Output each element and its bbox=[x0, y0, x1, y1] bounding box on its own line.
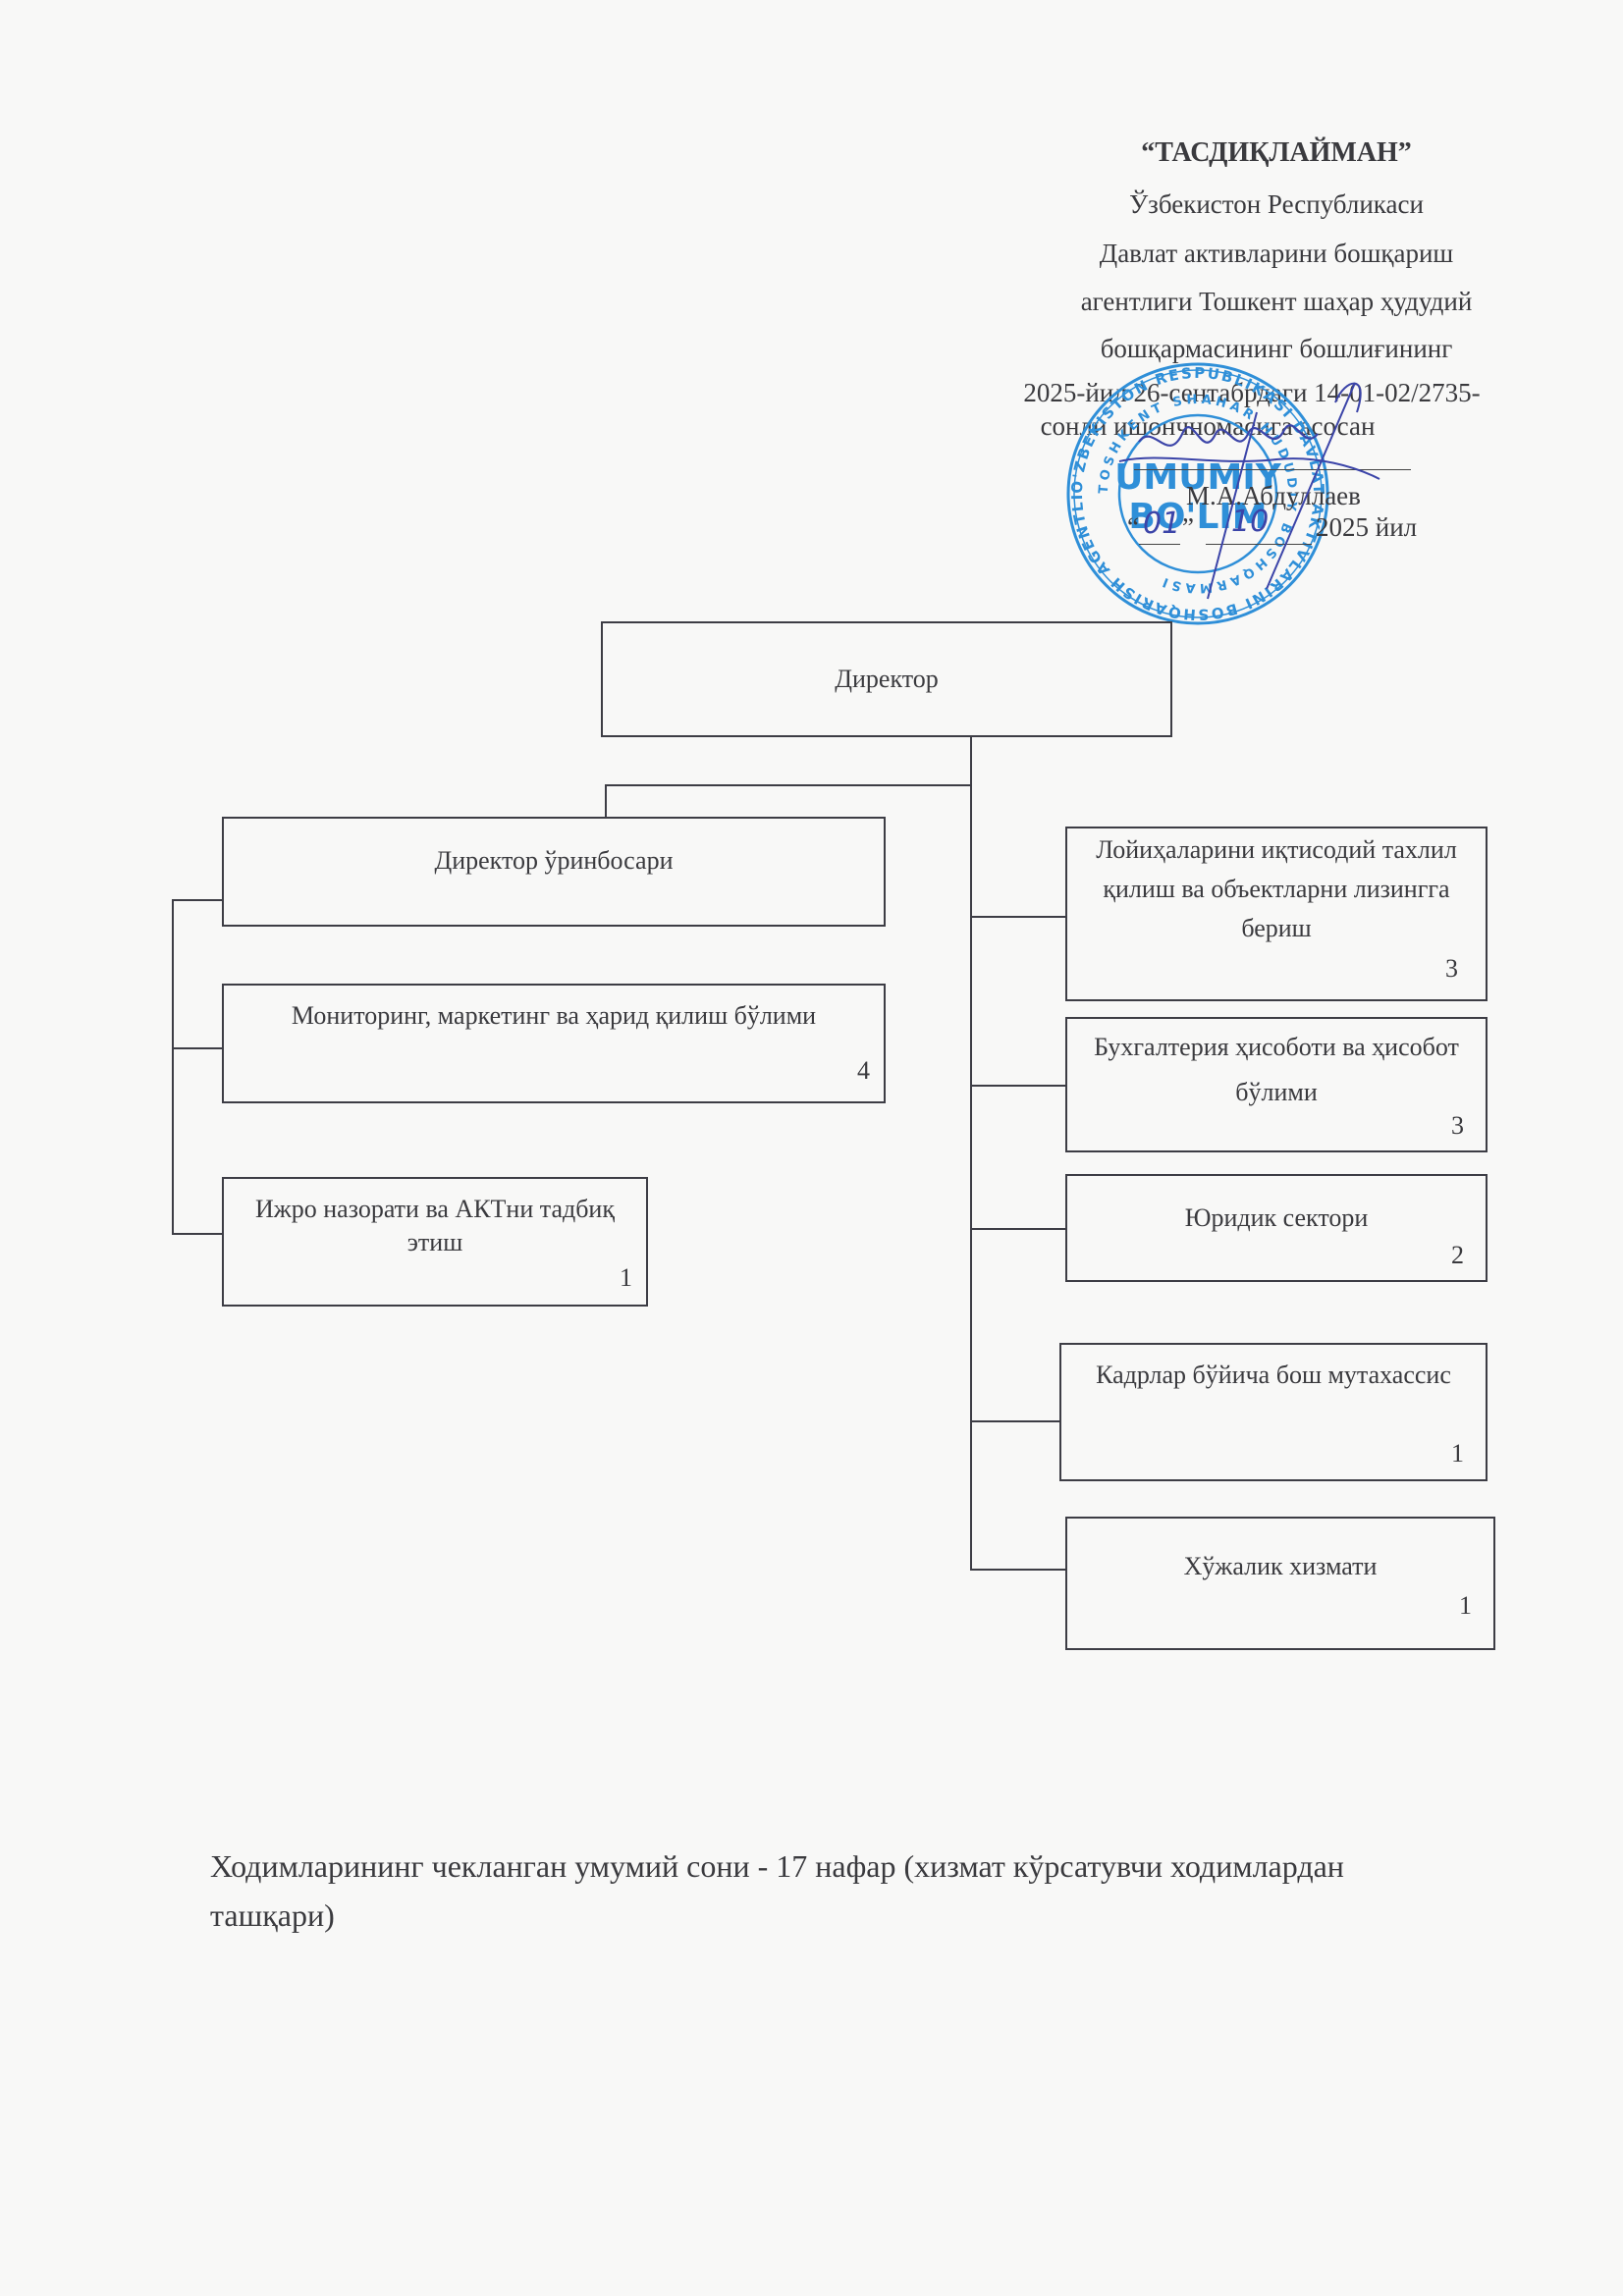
connector-left-trunk bbox=[172, 899, 174, 1235]
org-box-director: Директор bbox=[601, 621, 1172, 737]
org-box-label: Директор bbox=[603, 663, 1170, 696]
staff-total-note: Ходимларининг чекланган умумий сони - 17… bbox=[210, 1842, 1437, 1940]
org-box-label: Хўжалик хизмати bbox=[1067, 1550, 1493, 1583]
org-box-label: Кадрлар бўйича бош мутахассис bbox=[1061, 1353, 1486, 1398]
connector-right-unit-1 bbox=[970, 916, 1066, 918]
org-box-execution-control: Ижро назорати ва АКТни тадбиқ этиш 1 bbox=[222, 1177, 648, 1307]
approval-title: “ТАСДИҚЛАЙМАН” bbox=[982, 137, 1571, 169]
connector-left-unit-2 bbox=[172, 1233, 223, 1235]
org-box-label: Мониторинг, маркетинг ва ҳарид қилиш бўл… bbox=[224, 999, 884, 1033]
connector-right-unit-5 bbox=[970, 1569, 1066, 1571]
org-box-count: 1 bbox=[620, 1261, 632, 1295]
approval-line: бошқармасининг бошлиғининг bbox=[982, 333, 1571, 364]
org-box-hr-specialist: Кадрлар бўйича бош мутахассис 1 bbox=[1059, 1343, 1488, 1481]
org-box-label: Ижро назорати ва АКТни тадбиқ этиш bbox=[224, 1193, 646, 1259]
connector-to-deputy-drop bbox=[605, 784, 607, 819]
org-box-label: Лойиҳаларини иқтисодий тахлил қилиш ва о… bbox=[1067, 830, 1486, 948]
org-box-count: 4 bbox=[857, 1054, 870, 1088]
org-box-accounting: Бухгалтерия ҳисоботи ва ҳисобот бўлими 3 bbox=[1065, 1017, 1488, 1152]
connector-left-unit-1 bbox=[172, 1047, 223, 1049]
connector-to-deputy bbox=[605, 784, 972, 786]
org-box-household-service: Хўжалик хизмати 1 bbox=[1065, 1517, 1495, 1650]
org-box-count: 1 bbox=[1451, 1437, 1464, 1470]
org-box-count: 1 bbox=[1459, 1589, 1472, 1623]
org-box-count: 2 bbox=[1451, 1239, 1464, 1272]
org-box-deputy: Директор ўринбосари bbox=[222, 817, 886, 927]
connector-left-deputy bbox=[172, 899, 223, 901]
approval-line: Ўзбекистон Республикаси bbox=[982, 188, 1571, 220]
org-box-monitoring: Мониторинг, маркетинг ва ҳарид қилиш бўл… bbox=[222, 984, 886, 1103]
org-box-label: Бухгалтерия ҳисоботи ва ҳисобот бўлими bbox=[1067, 1025, 1486, 1115]
org-box-legal: Юридик сектори 2 bbox=[1065, 1174, 1488, 1282]
org-box-projects-analysis: Лойиҳаларини иқтисодий тахлил қилиш ва о… bbox=[1065, 827, 1488, 1001]
approval-line: Давлат активларини бошқариш bbox=[982, 238, 1571, 269]
approval-line: агентлиги Тошкент шаҳар ҳудудий bbox=[982, 286, 1571, 317]
org-box-count: 3 bbox=[1451, 1109, 1464, 1143]
signature bbox=[1100, 373, 1394, 609]
connector-right-unit-2 bbox=[970, 1085, 1066, 1087]
document-page: “ТАСДИҚЛАЙМАН” Ўзбекистон Республикаси Д… bbox=[0, 0, 1623, 2296]
connector-right-trunk bbox=[970, 736, 972, 1571]
connector-right-unit-3 bbox=[970, 1228, 1066, 1230]
org-box-label: Юридик сектори bbox=[1067, 1201, 1486, 1235]
connector-right-unit-4 bbox=[970, 1420, 1060, 1422]
org-box-count: 3 bbox=[1445, 952, 1458, 986]
org-box-label: Директор ўринбосари bbox=[224, 844, 884, 878]
